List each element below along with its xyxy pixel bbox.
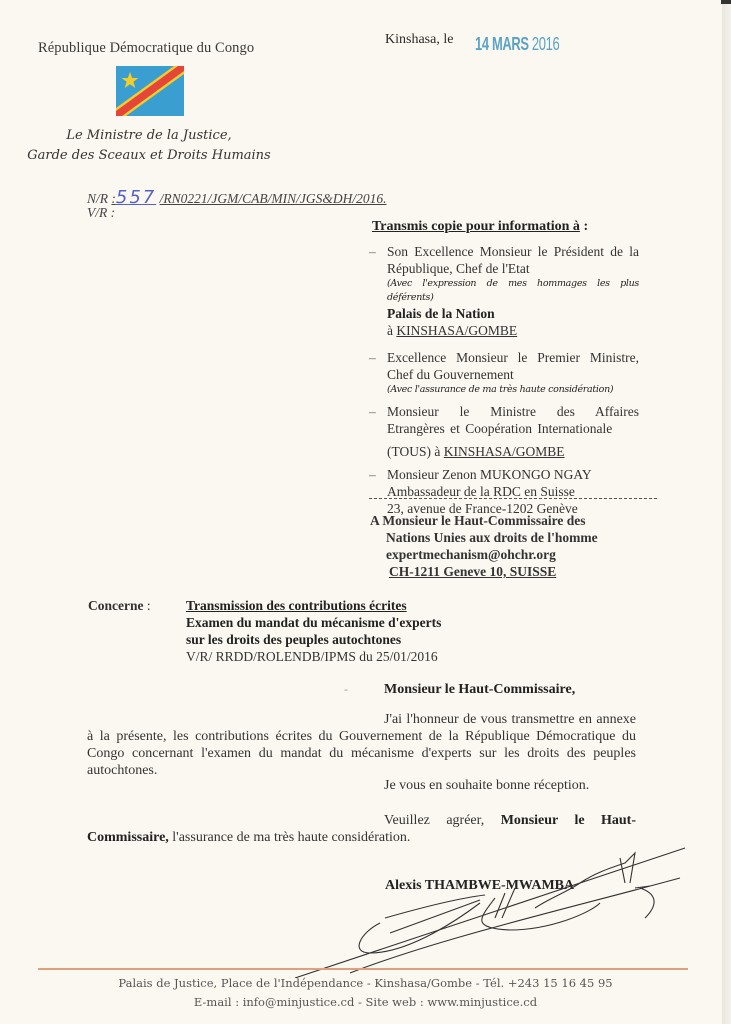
copies-list: – Son Excellence Monsieur le Président d… — [369, 243, 639, 523]
ministry-subtitle: Garde des Sceaux et Droits Humains — [0, 148, 298, 163]
recipient-postal: CH-1211 Geneve 10, SUISSE — [389, 564, 556, 579]
copy-note: (Avec l'assurance de ma très haute consi… — [387, 383, 639, 397]
scan-corner-mark — [721, 0, 731, 4]
dashed-separator — [369, 498, 657, 499]
date-stamp: 14 MARS 2016 — [475, 34, 559, 55]
footer-rule — [38, 968, 688, 970]
recipient-address: A Monsieur le Haut-Commissaire des Natio… — [370, 512, 598, 580]
stamp-day: 14 — [475, 34, 489, 54]
place-label: Kinshasa, le — [385, 32, 453, 48]
copy-item-president: – Son Excellence Monsieur le Président d… — [369, 243, 639, 339]
nr-handwritten-number: 557 — [116, 187, 156, 208]
page-edge-shadow — [722, 0, 731, 1024]
subject-title: Transmission des contributions écrites — [186, 597, 441, 614]
body-paragraph-1: J'ai l'honneur de vous transmettre en an… — [87, 711, 636, 779]
copy-item-foreign-affairs: – Monsieur le Ministre des Affaires Etra… — [369, 403, 639, 460]
stray-mark: - — [344, 682, 348, 697]
our-reference: N/R :557 /RN0221/JGM/CAB/MIN/JGS&DH/2016… — [87, 187, 386, 208]
signer-name: Alexis THAMBWE-MWAMBA — [385, 878, 574, 894]
body-paragraph-3: Veuillez agréer, Monsieur le Haut-Commis… — [87, 812, 636, 846]
stamp-month: MARS — [492, 34, 529, 54]
subject-label: Concerne — [88, 598, 143, 613]
subject-block: Concerne : Transmission des contribution… — [88, 597, 151, 614]
copy-note: (Avec l'expression de mes hommages les p… — [387, 277, 639, 305]
your-reference: V/R : — [87, 205, 115, 221]
footer-address: Palais de Justice, Place de l'Indépendan… — [0, 976, 731, 990]
drc-flag-icon — [116, 66, 184, 116]
copies-heading: Transmis copie pour information à : — [372, 219, 588, 235]
nr-suffix: /RN0221/JGM/CAB/MIN/JGS&DH/2016. — [160, 191, 387, 206]
body-paragraph-2: Je vous en souhaite bonne réception. — [87, 777, 636, 794]
copy-item-ambassador: – Monsieur Zenon MUKONGO NGAY Ambassadeu… — [369, 466, 639, 517]
stamp-year: 2016 — [532, 34, 559, 54]
footer-contact: E-mail : info@minjustice.cd - Site web :… — [0, 995, 731, 1009]
nr-label: N/R — [87, 191, 108, 206]
subject-reference: V/R/ RRDD/ROLENDB/IPMS du 25/01/2016 — [186, 648, 441, 665]
country-name: République Démocratique du Congo — [38, 40, 254, 57]
recipient-email: expertmechanism@ohchr.org — [370, 546, 598, 563]
salutation: Monsieur le Haut-Commissaire, — [384, 682, 575, 698]
copy-item-prime-minister: – Excellence Monsieur le Premier Ministr… — [369, 349, 639, 397]
ministry-title: Le Ministre de la Justice, — [0, 128, 298, 143]
handwritten-signature-icon — [290, 838, 690, 978]
